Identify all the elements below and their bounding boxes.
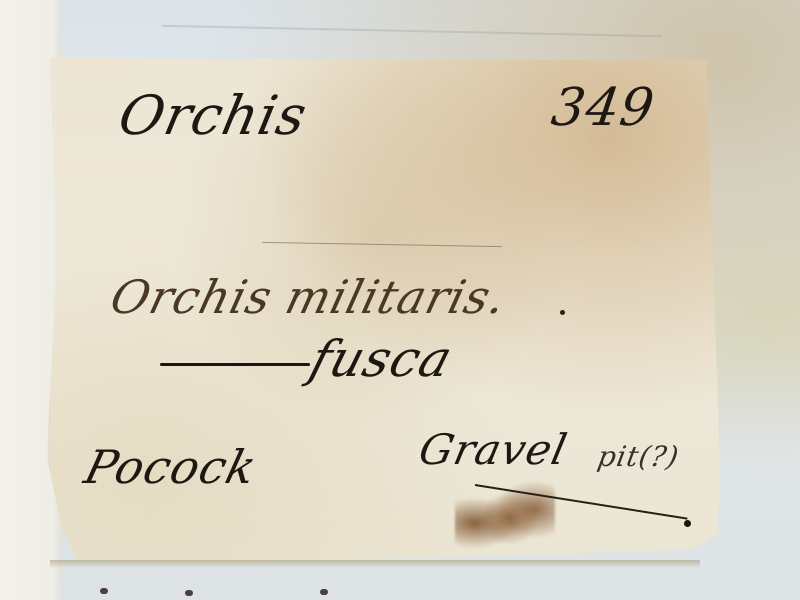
genus-text: Orchis: [113, 84, 312, 147]
period-dot: [560, 310, 565, 315]
ink-stain: [455, 478, 555, 568]
locality-text: Gravel: [415, 425, 572, 474]
ink-dot: [684, 520, 691, 527]
label-torn-edge: [50, 560, 700, 568]
variety-name: fusca: [304, 330, 460, 388]
ditto-dash: [160, 363, 310, 366]
species-name: Orchis militaris.: [105, 270, 512, 324]
locality-annotation: pit(?): [595, 440, 682, 473]
photo-scene: Orchis 349 Orchis militaris. fusca Pococ…: [0, 0, 800, 600]
specimen-number: 349: [548, 78, 659, 138]
collector-name: Pocock: [79, 440, 262, 494]
sheet-crease: [162, 25, 662, 37]
underlying-sheet-marks: [90, 586, 390, 600]
